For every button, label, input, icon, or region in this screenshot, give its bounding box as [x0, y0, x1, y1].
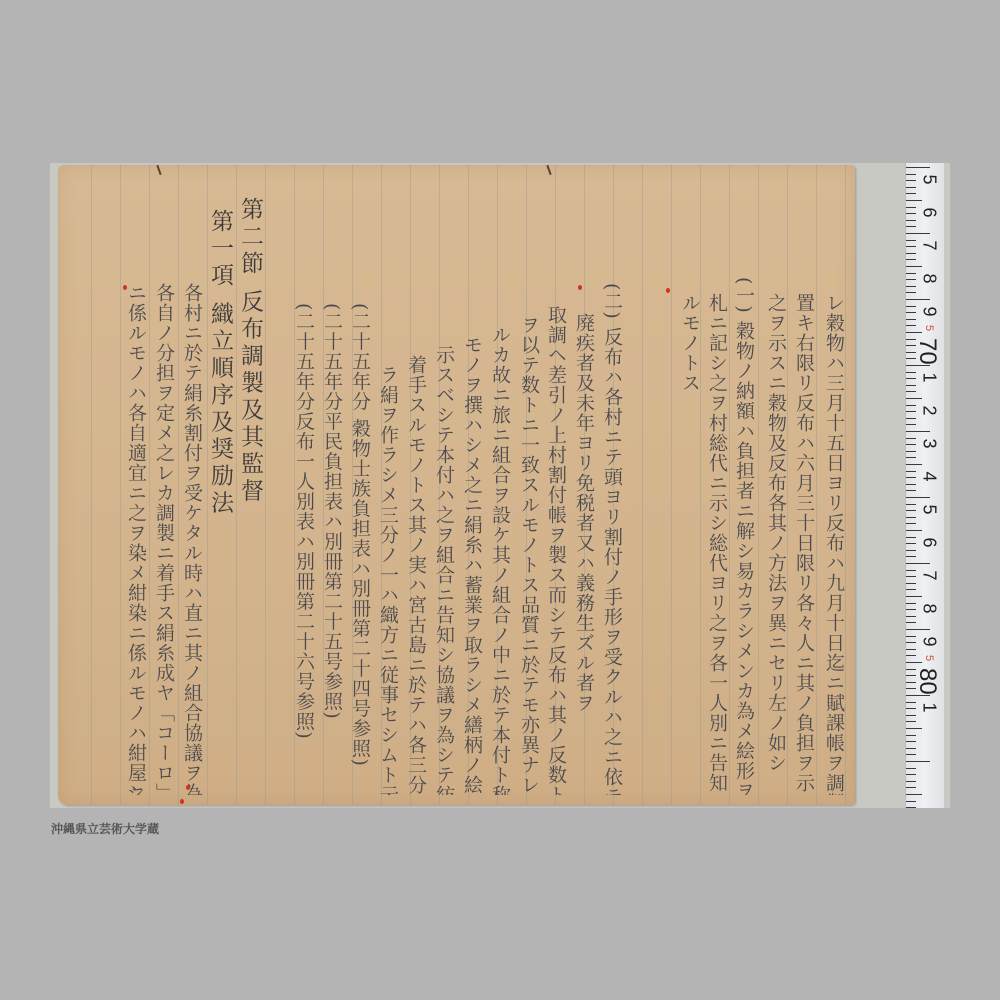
ruler-tick — [906, 642, 916, 643]
ruler-tick — [906, 497, 930, 498]
ruler-label: 70 — [913, 338, 941, 358]
ruler-tick — [906, 721, 916, 722]
ruler-tick — [906, 319, 916, 320]
ruler-tick — [906, 563, 930, 564]
ruler-tick — [906, 530, 922, 531]
red-pencil-mark — [186, 785, 190, 790]
ruler-tick — [906, 774, 916, 775]
ruler-tick — [906, 174, 916, 175]
ruler-tick — [906, 325, 916, 326]
ruler-tick — [906, 240, 916, 241]
ruler-tick — [906, 801, 916, 802]
paper-nick — [156, 165, 161, 175]
ruler-tick — [906, 332, 922, 333]
ruler-tick — [906, 273, 916, 274]
ruler-tick — [906, 200, 922, 201]
ruler-tick — [906, 193, 916, 194]
ruler-label: 5 — [919, 170, 940, 190]
ruler-tick — [906, 741, 916, 742]
ruler-tick — [906, 504, 916, 505]
ruler-tick — [906, 609, 916, 610]
text-column: ヲ以テ数トニ一致スルモノトス品質ニ於テモ亦異ナレ — [515, 315, 542, 795]
ruler-tick — [906, 622, 916, 623]
text-column: ニ係ルモノハ各自適宜ニ之ヲ染メ紺染ニ係ルモノハ紺屋ニ交付 — [122, 283, 149, 795]
ruler-tick — [906, 233, 930, 234]
ruler-tick — [906, 378, 916, 379]
ruler-tick — [906, 306, 916, 307]
text-column: シ — [120, 783, 147, 795]
ruler-tick — [906, 444, 916, 445]
ruler-tick — [906, 523, 916, 524]
text-column: 着手スルモノトス其ノ実ハ宮古島ニ於テハ各三分ノ一ノ事 — [402, 355, 429, 795]
ruler-tick — [906, 748, 916, 749]
ruler-label: 5 — [923, 318, 935, 338]
red-pencil-mark — [123, 285, 127, 290]
ruler-tick — [906, 226, 916, 227]
text-column: ラ絹ヲ作ラシメ三分ノ一ハ織方ニ従事セシムト云ヘリ — [374, 365, 401, 795]
ruler-tick — [906, 405, 916, 406]
ruler-tick — [906, 312, 916, 313]
ruler-tick — [906, 570, 916, 571]
ruler-tick — [906, 768, 916, 769]
ruler-tick — [906, 596, 922, 597]
ruler-label: 6 — [919, 203, 940, 223]
text-column: 各村ニ於テ絹糸割付ヲ受ケタル時ハ直ニ其ノ組合協議ヲ為シ — [178, 283, 205, 795]
ruler-tick — [906, 603, 916, 604]
ruler-tick — [906, 424, 916, 425]
text-column: (二十五年分 穀物士族負担表ハ別冊第二十四号参照) — [346, 303, 373, 767]
ruler-label: 3 — [919, 434, 940, 454]
ruler-label: 6 — [919, 533, 940, 553]
collection-credit: 沖縄県立芸術大学蔵 — [51, 820, 159, 837]
ruler-tick — [906, 398, 922, 399]
ruler-tick — [906, 649, 916, 650]
ruler-tick — [906, 411, 916, 412]
ruler-tick — [906, 629, 930, 630]
ruler-tick — [906, 708, 916, 709]
text-column: 之ヲ示スニ穀物及反布各其ノ方法ヲ異ニセリ左ノ如シ — [762, 293, 789, 773]
text-column: モノヲ撰ハシメ之ニ絹糸ハ蓄業ヲ取ラシメ繕柄ノ絵形ヲ — [458, 335, 485, 795]
ruler-tick — [906, 477, 916, 478]
ruler-label: 8 — [919, 269, 940, 289]
ruler-tick — [906, 543, 916, 544]
ruler-tick — [906, 662, 922, 663]
ruler-tick — [906, 180, 916, 181]
text-column: (二十五年分平民負担表ハ別冊第二十五号参照) — [318, 303, 345, 720]
ruler-tick — [906, 484, 916, 485]
ruler-label: 5 — [919, 500, 940, 520]
ruler-tick — [906, 385, 916, 386]
ruler-tick — [906, 754, 916, 755]
ruler-label: 5 — [923, 648, 935, 668]
ruler-tick — [906, 715, 916, 716]
ruler-tick — [906, 636, 916, 637]
ruler-tick — [906, 616, 916, 617]
ruler-label: 7 — [919, 236, 940, 256]
ruler-tick — [906, 517, 916, 518]
ruler-tick — [906, 259, 916, 260]
ruler-tick — [906, 372, 916, 373]
ruler-tick — [906, 589, 916, 590]
ruler-tick — [906, 431, 930, 432]
ruler-tick — [906, 556, 916, 557]
red-pencil-mark — [666, 288, 670, 293]
ruler-tick — [906, 807, 916, 808]
ruler-label: 8 — [919, 599, 940, 619]
ruler-tick — [906, 781, 916, 782]
ruler-tick — [906, 207, 916, 208]
ruler-tick — [906, 279, 916, 280]
document-photo: レ穀物ハ三月十五日ヨリ反布ハ九月十日迄ニ賦課帳ヲ調製シ各ニ置キ右限リ反布ハ六月三… — [50, 163, 950, 808]
text-column: (一) 穀物ノ納額ハ負担者ニ解シ易カラシメンカ為メ絵形ヲ校 — [730, 277, 757, 795]
text-column: 廃疾者及未年ヨリ免税者又ハ義務生ズル者ヲ — [570, 313, 597, 713]
ruler-tick — [906, 695, 930, 696]
ruler-tick — [906, 702, 916, 703]
ruler-tick — [906, 451, 916, 452]
ruler-tick — [906, 457, 916, 458]
ruler-tick — [906, 655, 916, 656]
ruler-tick — [906, 167, 930, 168]
text-column: 取調ヘ差引ノ上村割付帳ヲ製ス而シテ反布ハ其ノ反数ト — [542, 305, 569, 795]
text-column: ルカ故ニ旅ニ組合ヲ設ケ其ノ組合ノ中ニ於テ本付ト称スル — [486, 325, 513, 795]
text-column: 置キ右限リ反布ハ六月三十日限リ各々人ニ其ノ負担ヲ示スルモノニテ — [790, 293, 817, 795]
ruler-tick — [906, 794, 922, 795]
ruler-tick — [906, 292, 916, 293]
red-pencil-mark — [578, 285, 582, 290]
ruler-tick — [906, 253, 916, 254]
ruler-tick — [906, 418, 916, 419]
ruler-tick — [906, 761, 930, 762]
ruler-label: 7 — [919, 566, 940, 586]
text-column: ルモノトス — [676, 293, 703, 393]
section-heading: 第二節 反布調製及其監督 — [236, 197, 263, 505]
ruler-tick — [906, 391, 916, 392]
ruler-tick — [906, 220, 916, 221]
paper-nick — [546, 165, 551, 175]
ruler-tick — [906, 187, 916, 188]
ruler-tick — [906, 365, 930, 366]
text-column: 各自ノ分担ヲ定メ之レカ調製ニ着手ス絹糸成ヤ「コーロ」染 — [150, 283, 177, 795]
ruler-tick — [906, 550, 916, 551]
ruler-tick — [906, 246, 916, 247]
section-heading: 第一項 織立順序及奨励法 — [206, 209, 233, 517]
red-pencil-mark — [180, 799, 184, 804]
ruler-tick — [906, 286, 916, 287]
ruler-tick — [906, 464, 922, 465]
manuscript-page: レ穀物ハ三月十五日ヨリ反布ハ九月十日迄ニ賦課帳ヲ調製シ各ニ置キ右限リ反布ハ六月三… — [58, 165, 855, 805]
ruler-label: 4 — [919, 467, 940, 487]
ruler-tick — [906, 299, 930, 300]
text-column: 札ニ記シ之ヲ村総代ニ示シ総代ヨリ之ヲ各一人別ニ告知ス — [703, 293, 730, 795]
ruler-tick — [906, 438, 916, 439]
ruler-tick — [906, 490, 916, 491]
measuring-ruler: 567895701234567895801 — [905, 163, 944, 808]
ruler-tick — [906, 266, 922, 267]
ruler-label: 80 — [913, 668, 941, 688]
ruler-tick — [906, 213, 916, 214]
ruler-tick — [906, 510, 916, 511]
ruler-tick — [906, 537, 916, 538]
ruler-tick — [906, 583, 916, 584]
ruler-label: 1 — [919, 698, 940, 718]
text-column: レ穀物ハ三月十五日ヨリ反布ハ九月十日迄ニ賦課帳ヲ調製シ各ニ — [820, 293, 847, 795]
text-column: 示スベシテ本付ハ之ヲ組合ニ告知シ協議ヲ為シテ紡織ニ — [430, 345, 457, 795]
ruler-label: 1 — [919, 368, 940, 388]
ruler-label: 2 — [919, 401, 940, 421]
ruler-tick — [906, 576, 916, 577]
ruler-tick — [906, 735, 916, 736]
text-column: (二十五年分反布一人別表ハ別冊第二十六号参照) — [290, 303, 317, 740]
text-column: (二) 反布ハ各村ニテ頭ヨリ割付ノ手形ヲ受クルハ之ニ依テ猶 — [598, 283, 625, 795]
ruler-tick — [906, 471, 916, 472]
ruler-tick — [906, 787, 916, 788]
ruler-tick — [906, 728, 922, 729]
